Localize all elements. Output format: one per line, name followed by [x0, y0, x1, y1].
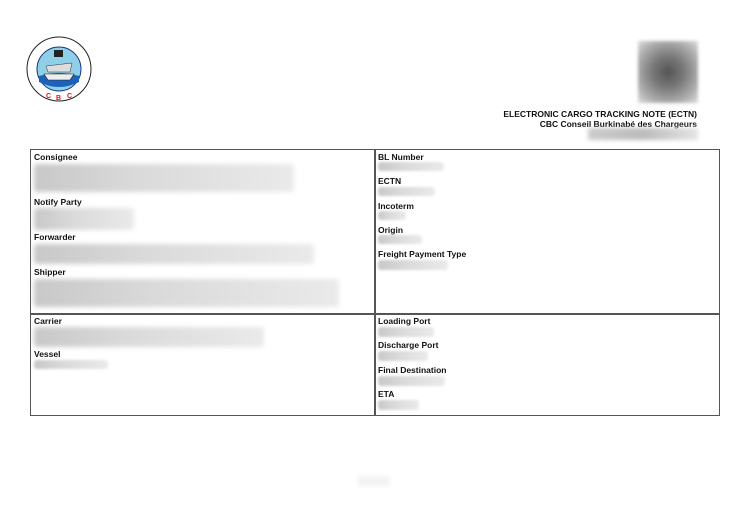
footer-redacted	[358, 476, 390, 486]
loading-port-label: Loading Port	[378, 316, 430, 326]
divider	[31, 313, 719, 315]
bl-number-label: BL Number	[378, 152, 424, 162]
consignee-value-redacted	[34, 164, 294, 192]
vessel-label: Vessel	[34, 349, 60, 359]
redacted-text	[588, 128, 698, 140]
freight-payment-type-value-redacted	[378, 260, 448, 270]
shipper-label: Shipper	[34, 267, 66, 277]
photo-redacted	[638, 41, 698, 103]
carrier-label: Carrier	[34, 316, 62, 326]
freight-payment-type-label: Freight Payment Type	[378, 249, 466, 259]
origin-label: Origin	[378, 225, 403, 235]
ectn-form-grid: Consignee Notify Party Forwarder Shipper…	[30, 149, 720, 416]
discharge-port-label: Discharge Port	[378, 340, 438, 350]
document-header: ELECTRONIC CARGO TRACKING NOTE (ECTN) CB…	[503, 109, 697, 129]
bl-number-value-redacted	[378, 162, 444, 171]
ectn-value-redacted	[378, 187, 435, 196]
svg-text:C: C	[67, 93, 72, 100]
final-destination-value-redacted	[378, 376, 445, 386]
notify-party-label: Notify Party	[34, 197, 82, 207]
svg-text:B: B	[56, 95, 61, 102]
shipper-value-redacted	[34, 279, 339, 307]
svg-text:C: C	[46, 93, 51, 100]
document-title: ELECTRONIC CARGO TRACKING NOTE (ECTN)	[503, 109, 697, 119]
carrier-value-redacted	[34, 327, 264, 347]
eta-label: ETA	[378, 389, 394, 399]
consignee-label: Consignee	[34, 152, 77, 162]
ectn-label: ECTN	[378, 176, 401, 186]
forwarder-label: Forwarder	[34, 232, 76, 242]
incoterm-value-redacted	[378, 211, 406, 220]
divider	[374, 150, 376, 415]
origin-value-redacted	[378, 235, 422, 244]
cbc-logo-icon: C B C	[26, 36, 92, 102]
incoterm-label: Incoterm	[378, 201, 414, 211]
notify-party-value-redacted	[34, 208, 134, 230]
final-destination-label: Final Destination	[378, 365, 446, 375]
forwarder-value-redacted	[34, 244, 314, 264]
eta-value-redacted	[378, 400, 419, 410]
loading-port-value-redacted	[378, 327, 434, 337]
vessel-value-redacted	[34, 360, 108, 369]
discharge-port-value-redacted	[378, 351, 428, 361]
